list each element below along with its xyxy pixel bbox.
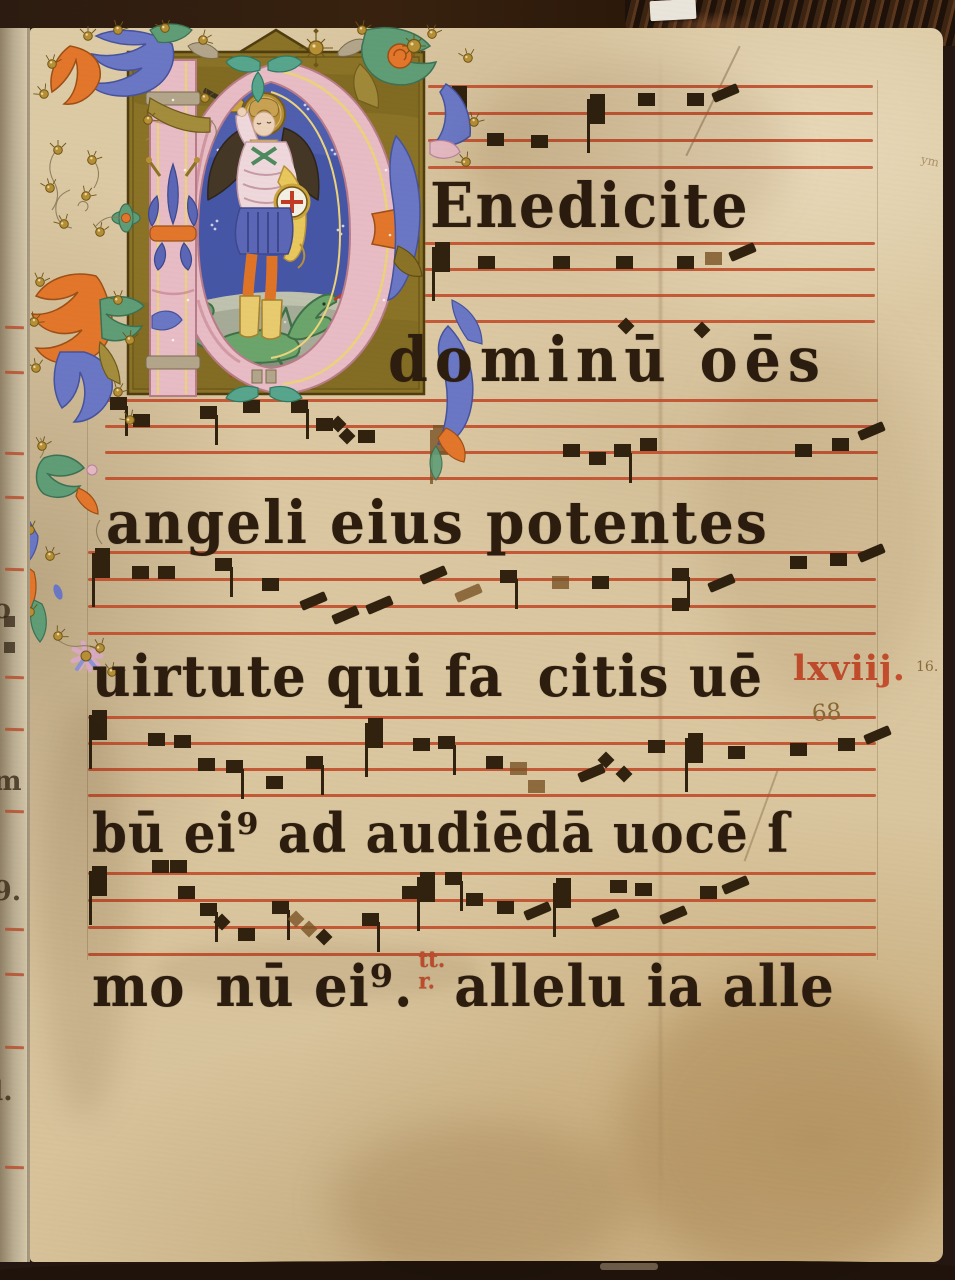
corner-inscription: 16.	[916, 659, 938, 675]
manuscript-photograph: om9.l.	[0, 0, 955, 1280]
chant-text-line: monū ei⁹.tt.r.allelu ia alle	[92, 953, 835, 1020]
rubric-mark: tt.r.	[418, 949, 445, 992]
chant-text-line: Enedicite	[430, 170, 750, 242]
chant-word: allelu ia alle	[454, 953, 835, 1020]
chant-text-line: bū ei⁹ ad audiēdā uocē ſ	[92, 801, 790, 865]
chant-text-line: angeli eius potentes	[106, 487, 769, 557]
chant-word: bū ei⁹ ad audiēdā uocē ſ	[92, 801, 790, 865]
chant-word: angeli eius potentes	[106, 487, 769, 557]
chant-word: nū ei⁹.	[215, 953, 413, 1020]
chant-text-line: uirtute qui facitis uē	[92, 643, 763, 710]
chant-word: citis uē	[538, 643, 764, 710]
chant-text-layer: Enedicitedominū oēsangeli eius potentesu…	[0, 0, 955, 1280]
folio-number-arabic: 68	[811, 699, 842, 727]
chant-word: mo	[92, 953, 185, 1020]
chant-word: Enedicite	[430, 170, 750, 242]
chant-word: dominū oēs	[388, 324, 827, 396]
chant-word: uirtute qui fa	[92, 643, 504, 710]
chant-text-line: dominū oēs	[388, 324, 827, 396]
folio-number-roman: lxviij.	[793, 648, 906, 689]
